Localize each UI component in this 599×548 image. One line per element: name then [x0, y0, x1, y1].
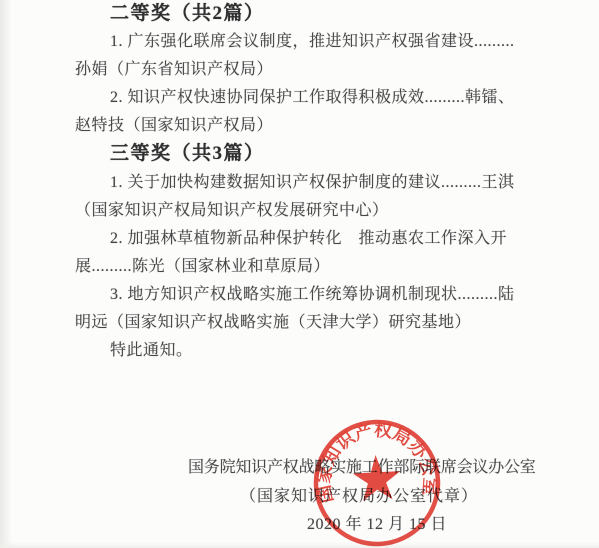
document-page: 二等奖（共2篇） 1. 广东强化联席会议制度，推进知识产权强省建设.......… [0, 0, 599, 548]
official-seal: 国家知识产权局办公室 [300, 406, 460, 548]
seal-star-icon [352, 454, 402, 502]
